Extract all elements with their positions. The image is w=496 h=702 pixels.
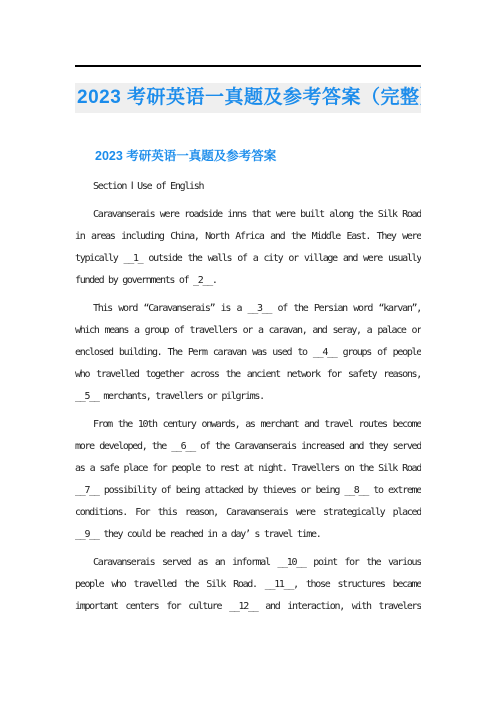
document-title: 2023 考研英语一真题及参考答案（完整） <box>75 83 421 113</box>
text-line: as a safe place for people to rest at ni… <box>75 458 421 480</box>
text-line: more developed, the __6__ of the Caravan… <box>75 436 421 458</box>
paragraph: From the 10th century onwards, as mercha… <box>75 414 421 546</box>
document-body: Section Ⅰ Use of English Caravanserais w… <box>75 176 421 618</box>
text-line: Caravanserais were roadside inns that we… <box>75 204 421 226</box>
paragraph: Caravanserais were roadside inns that we… <box>75 204 421 292</box>
text-line: important centers for culture __12__ and… <box>75 596 421 618</box>
document-subtitle: 2023 考研英语一真题及参考答案 <box>95 147 276 165</box>
paragraphs-container: Caravanserais were roadside inns that we… <box>75 204 421 618</box>
top-rule <box>75 65 421 67</box>
text-line: Caravanserais served as an informal __10… <box>75 552 421 574</box>
text-line: __7__ possibility of being attacked by t… <box>75 480 421 502</box>
paragraph: Caravanserais served as an informal __10… <box>75 552 421 618</box>
text-line: funded by governments of _2__. <box>75 270 421 292</box>
text-line: __5__ merchants, travellers or pilgrims. <box>75 386 421 408</box>
text-line: From the 10th century onwards, as mercha… <box>75 414 421 436</box>
text-line: __9__ they could be reached in a day’ s … <box>75 524 421 546</box>
section-heading: Section Ⅰ Use of English <box>75 176 421 198</box>
document-page: 2023 考研英语一真题及参考答案（完整） 2023 考研英语一真题及参考答案 … <box>0 0 496 702</box>
text-line: typically __1_ outside the walls of a ci… <box>75 248 421 270</box>
text-line: which means a group of travellers or a c… <box>75 320 421 342</box>
text-line: who travelled together across the ancien… <box>75 364 421 386</box>
text-line: conditions. For this reason, Caravansera… <box>75 502 421 524</box>
title-highlight-band: 2023 考研英语一真题及参考答案（完整） <box>75 83 421 113</box>
paragraph: This word “Caravanserais” is a __3__ of … <box>75 298 421 408</box>
text-line: people who travelled the Silk Road. __11… <box>75 574 421 596</box>
text-line: This word “Caravanserais” is a __3__ of … <box>75 298 421 320</box>
text-line: in areas including China, North Africa a… <box>75 226 421 248</box>
text-line: enclosed building. The Perm caravan was … <box>75 342 421 364</box>
